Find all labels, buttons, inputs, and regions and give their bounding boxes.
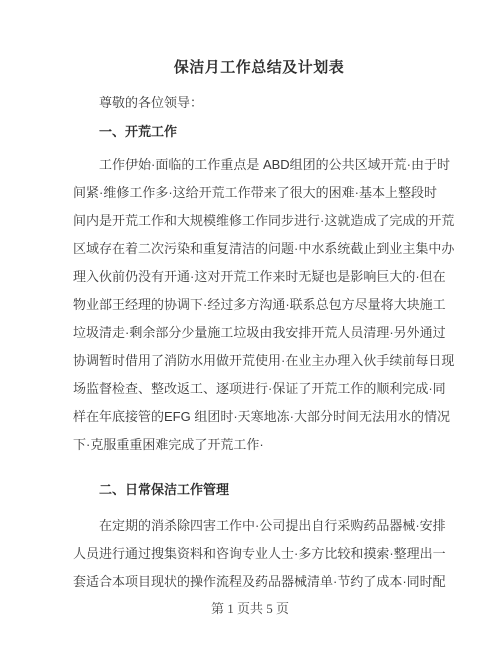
document-page: 保洁月工作总结及计划表 尊敬的各位领导： 一、开荒工作 工作伊始·面临的工作重点… <box>0 0 500 647</box>
greeting-line: 尊敬的各位领导： <box>73 89 465 117</box>
page-title: 保洁月工作总结及计划表 <box>73 60 465 76</box>
page-number-footer: 第 1 页共 5 页 <box>0 601 500 617</box>
section-heading-2: 二、日常保洁工作管理 <box>73 476 465 504</box>
section-2-paragraph: 在定期的消杀除四害工作中·公司提出自行采购药品器械·安排 人员进行通过搜集资料和… <box>73 512 465 596</box>
section-1-paragraph: 工作伊始·面临的工作重点是 ABD组团的公共区域开荒·由于时 间紧·维修工作多·… <box>73 151 465 459</box>
section-heading-1: 一、开荒工作 <box>73 118 465 146</box>
